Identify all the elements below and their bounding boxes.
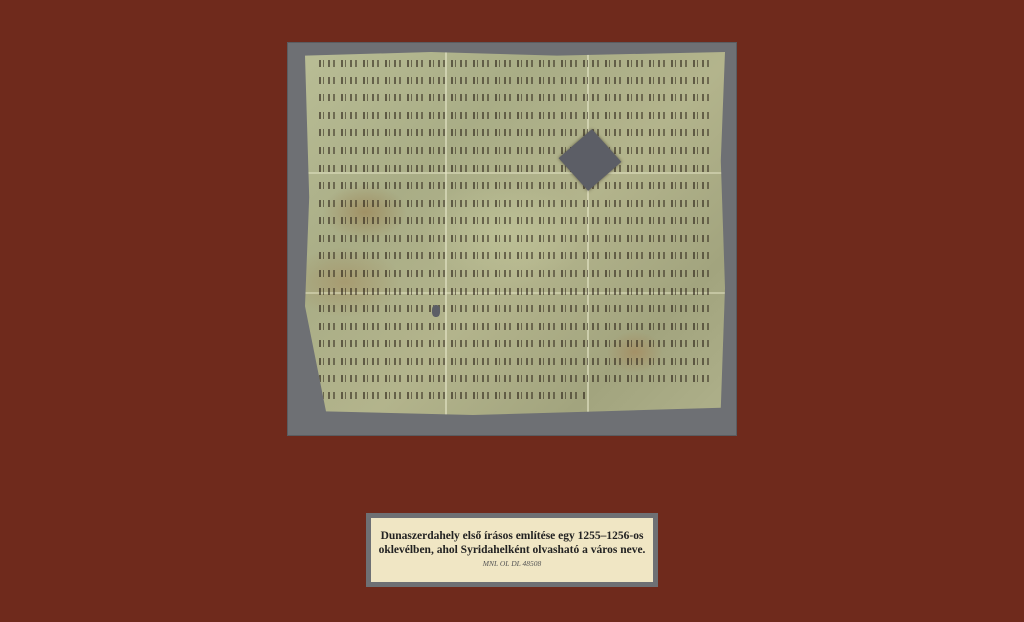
handwriting-line [319, 77, 713, 84]
handwriting-line [319, 182, 713, 189]
handwriting-line [319, 323, 713, 330]
handwriting-line [319, 252, 713, 259]
handwriting-line [319, 305, 713, 312]
handwriting-line [319, 147, 713, 154]
caption-panel: Dunaszerdahely első írásos említése egy … [371, 518, 653, 582]
caption-line-1: Dunaszerdahely első írásos említése egy … [371, 529, 653, 543]
handwriting-line [319, 94, 713, 101]
caption-source: MNL OL DL 48508 [371, 559, 653, 568]
handwriting-line [319, 288, 713, 295]
charter-parchment-image [305, 52, 725, 415]
handwriting-line [319, 270, 713, 277]
handwriting-line [319, 392, 585, 399]
handwriting-line [319, 340, 713, 347]
handwriting-line [319, 217, 713, 224]
handwriting-line [319, 235, 713, 242]
caption-line-2: oklevélben, ahol Syridahelként olvasható… [371, 543, 653, 557]
handwriting-line [319, 375, 713, 382]
handwriting-line [319, 165, 713, 172]
manuscript-frame [287, 42, 737, 436]
parchment-hole-small [432, 305, 440, 317]
fold-line [305, 172, 725, 174]
caption-box: Dunaszerdahely első írásos említése egy … [366, 513, 658, 587]
handwriting-line [319, 129, 713, 136]
handwriting-line [319, 60, 713, 67]
handwriting-line [319, 200, 713, 207]
handwriting-line [319, 112, 713, 119]
handwriting-line [319, 358, 713, 365]
